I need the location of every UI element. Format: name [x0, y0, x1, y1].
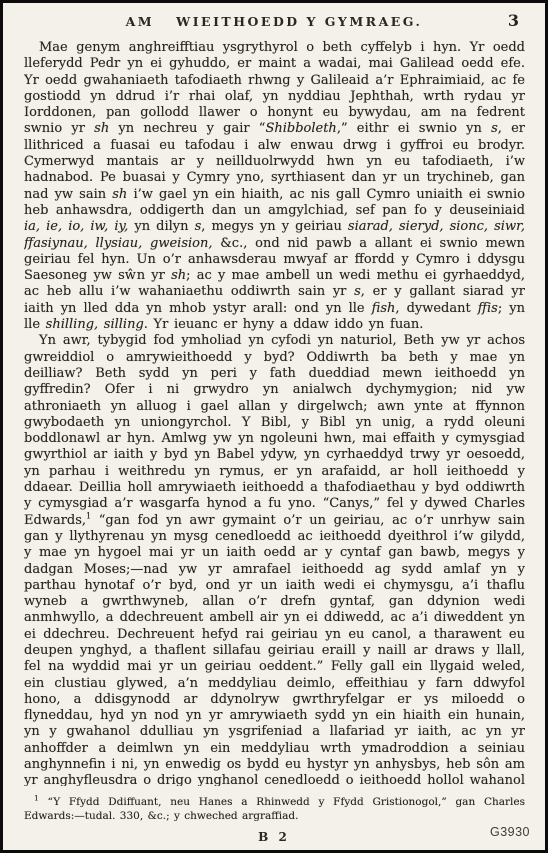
footnote-text: “Y Ffydd Ddiffuant, neu Hanes a Rhinwedd…	[24, 796, 525, 822]
header-title: WIEITHOEDD Y GYMRAEG.	[176, 14, 422, 29]
signature-mark: B 2	[3, 830, 545, 844]
page-scan: AMWIEITHOEDD Y GYMRAEG. 3 Mae genym angh…	[0, 0, 548, 853]
running-header: AMWIEITHOEDD Y GYMRAEG.	[3, 14, 545, 34]
header-section-word: AM	[126, 14, 155, 29]
body-text: Mae genym anghreifftiau ysgrythyrol o be…	[24, 40, 525, 786]
catalog-stamp: G3930	[490, 825, 530, 839]
footnote: 1 “Y Ffydd Ddiffuant, neu Hanes a Rhinwe…	[24, 796, 525, 823]
paragraph: Yn awr, tybygid fod ymholiad yn cyfodi y…	[24, 333, 525, 786]
footnote-marker: 1	[34, 794, 39, 803]
header-page-number: 3	[508, 11, 519, 30]
paragraph: Mae genym anghreifftiau ysgrythyrol o be…	[24, 40, 525, 333]
